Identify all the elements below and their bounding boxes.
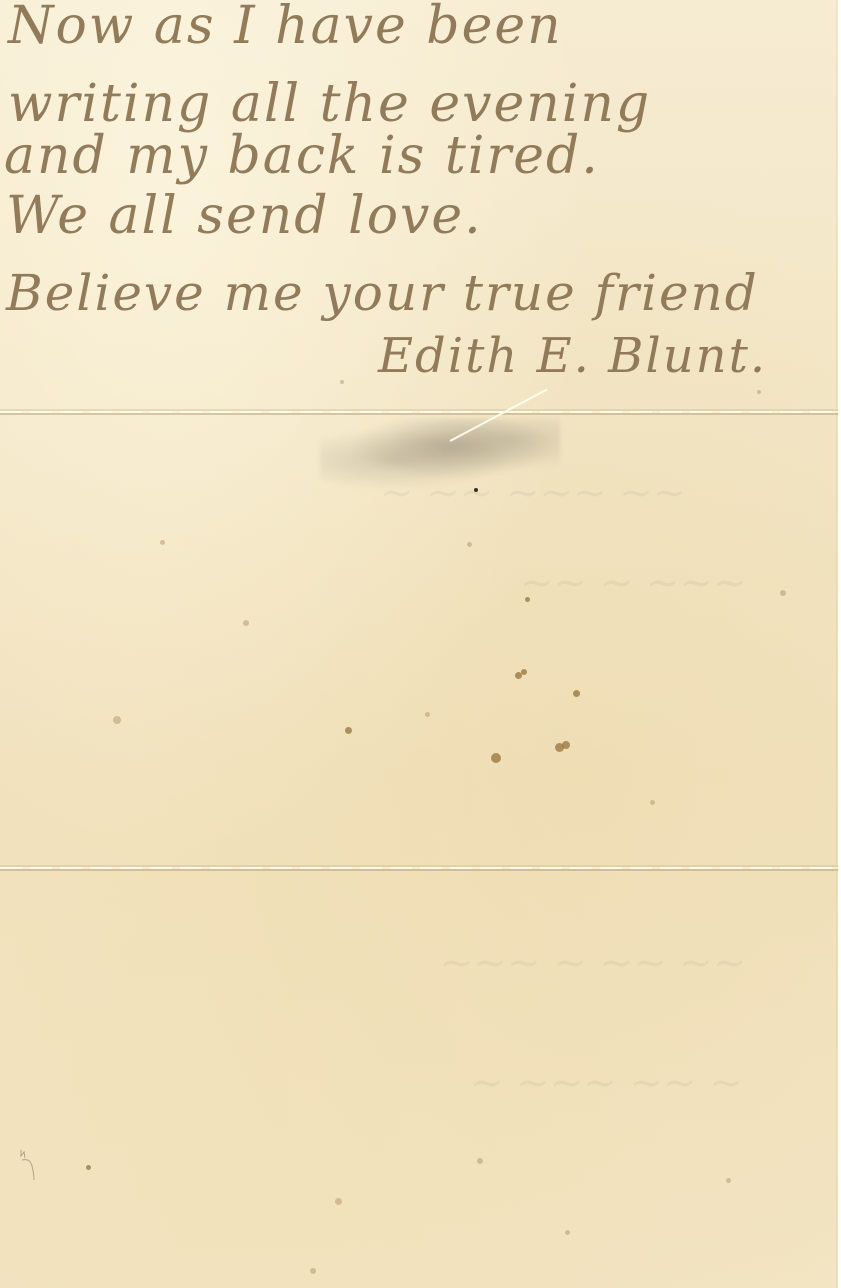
bleed-through-text: ~~~ ~ ~~ ~~ — [440, 940, 746, 986]
foxing-spot — [243, 620, 249, 626]
ink-smudge — [320, 418, 560, 488]
fold-crease-upper — [0, 409, 838, 415]
foxing-spot — [425, 712, 430, 717]
letter-line: We all send love. — [6, 190, 483, 242]
bleed-through-text: ~~ ~ ~~~ — [520, 560, 747, 606]
foxing-spot — [562, 741, 570, 749]
letter-page: ~ ~~ ~~~ ~~ ~~ ~ ~~~ ~~~ ~ ~~ ~~ ~ ~~~ ~… — [0, 0, 838, 1288]
foxing-spot — [340, 380, 344, 384]
foxing-spot — [113, 716, 121, 724]
paper-hole — [474, 488, 478, 492]
foxing-spot — [565, 1230, 570, 1235]
foxing-spot — [521, 669, 527, 675]
foxing-spot — [310, 1268, 316, 1274]
foxing-spot — [573, 690, 580, 697]
letter-line: Now as I have been — [8, 0, 563, 52]
fiber-mark — [18, 1148, 48, 1188]
foxing-spot — [160, 540, 165, 545]
foxing-spot — [335, 1198, 342, 1205]
foxing-spot — [477, 1158, 483, 1164]
letter-closing: Believe me your true friend — [6, 268, 759, 318]
letter-signature: Edith E. Blunt. — [378, 332, 767, 380]
foxing-spot — [780, 590, 786, 596]
foxing-spot — [86, 1165, 91, 1170]
foxing-spot — [757, 390, 761, 394]
foxing-spot — [726, 1178, 731, 1183]
letter-line: writing all the evening — [8, 78, 651, 130]
bleed-through-text: ~ ~~~ ~~ ~ — [470, 1060, 743, 1106]
foxing-spot — [345, 727, 352, 734]
foxing-spot — [491, 753, 501, 763]
foxing-spot — [467, 542, 472, 547]
foxing-spot — [525, 597, 530, 602]
foxing-spot — [650, 800, 655, 805]
letter-body: Now as I have been writing all the eveni… — [0, 0, 838, 400]
fold-crease-lower — [0, 865, 838, 871]
letter-line: and my back is tired. — [4, 130, 600, 182]
